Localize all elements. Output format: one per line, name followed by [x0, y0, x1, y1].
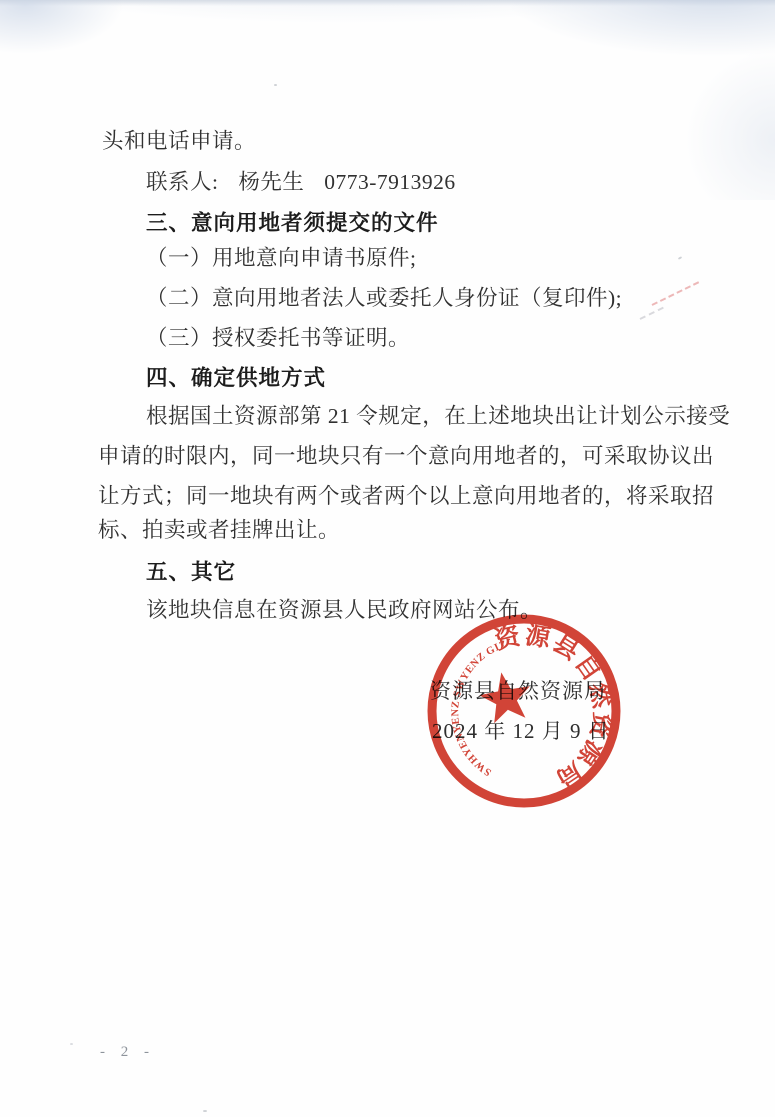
intro-line: 头和电话申请。 — [102, 131, 256, 153]
scan-speck — [70, 1043, 73, 1045]
contact-label: 联系人: — [146, 170, 218, 194]
scan-speck — [203, 1110, 207, 1112]
seal-ring-chinese-text: 资源县自然资源局 — [492, 620, 618, 794]
section5-line: 该地块信息在资源县人民政府网站公布。 — [146, 600, 542, 622]
seal-ring-zhuang-text: SWHYENYENZ SWYENZ GIZ — [450, 639, 508, 778]
section3-item-1: （一）用地意向申请书原件; — [146, 248, 416, 270]
section5-heading: 五、其它 — [146, 562, 236, 584]
seal-ring-chinese: 资源县自然资源局 — [492, 620, 618, 794]
scan-speck — [274, 84, 277, 86]
document-page: 头和电话申请。 联系人: 杨先生 0773-7913926 三、意向用地者须提交… — [0, 0, 775, 1117]
section4-heading: 四、确定供地方式 — [146, 368, 326, 390]
contact-line: 联系人: 杨先生 0773-7913926 — [146, 172, 456, 194]
section3-item-3: （三）授权委托书等证明。 — [146, 328, 410, 350]
official-seal-stamp: SWHYENYENZ SWYENZ GIZ 资源县自然资源局 — [424, 611, 624, 811]
contact-name: 杨先生 — [238, 170, 304, 194]
seal-ring-zhuang: SWHYENYENZ SWYENZ GIZ — [450, 639, 508, 778]
section3-heading: 三、意向用地者须提交的文件 — [146, 213, 439, 235]
contact-phone: 0773-7913926 — [324, 170, 455, 194]
section4-line-4: 标、拍卖或者挂牌出让。 — [98, 520, 340, 542]
section4-line-3: 让方式；同一地块有两个或者两个以上意向用地者的，将采取招 — [98, 486, 714, 508]
scan-speck — [678, 256, 682, 260]
scan-pink-mark — [652, 281, 700, 306]
section3-item-2: （二）意向用地者法人或委托人身份证（复印件); — [146, 288, 622, 310]
section4-line-1: 根据国土资源部第 21 令规定，在上述地块出让计划公示接受 — [146, 406, 730, 428]
scan-gray-mark — [640, 307, 664, 320]
section4-line-2: 申请的时限内，同一地块只有一个意向用地者的，可采取协议出 — [98, 446, 714, 468]
page-number: - 2 - — [100, 1044, 155, 1061]
seal-border-circle — [432, 619, 616, 803]
signature-org: 资源县自然资源局 — [430, 681, 606, 702]
signature-date: 2024 年 12 月 9 日 — [432, 721, 610, 742]
